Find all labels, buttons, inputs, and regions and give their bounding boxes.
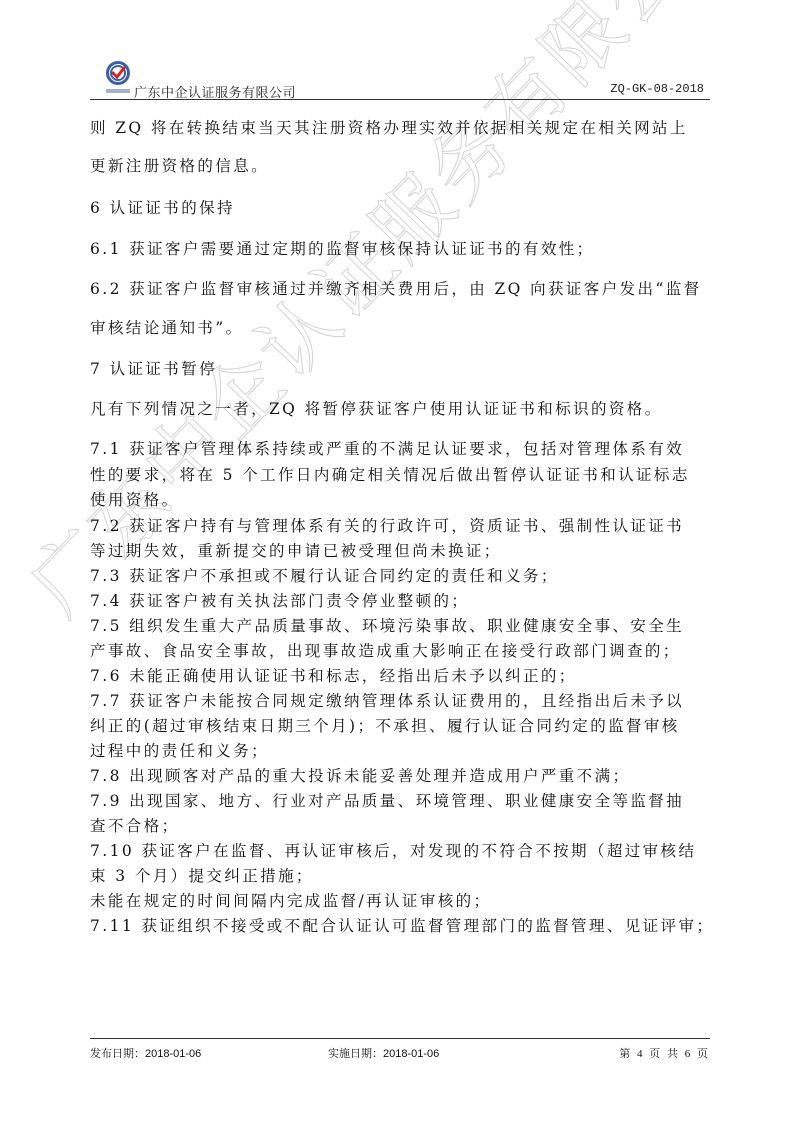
body-line: 产事故、食品安全事故，出现事故造成重大影响正在接受行政部门调查的； <box>90 639 681 661</box>
body-line: 7.5 组织发生重大产品质量事故、环境污染事故、职业健康安全事、安全生 <box>90 614 684 636</box>
section-heading: 7 认证证书暂停 <box>90 357 217 379</box>
body-line: 7.8 出现顾客对产品的重大投诉未能妥善处理并造成用户严重不满； <box>90 764 630 786</box>
header-divider <box>90 99 710 100</box>
body-line: 性的要求，将在 5 个工作日内确定相关情况后做出暂停认证证书和认证标志 <box>90 463 690 485</box>
footer-divider <box>90 1038 710 1039</box>
body-line: 审核结论通知书”。 <box>90 316 244 338</box>
body-line: 6.1 获证客户需要通过定期的监督审核保持认证证书的有效性； <box>90 237 595 259</box>
body-line: 7.4 获证客户被有关执法部门责令停业整顿的； <box>90 589 469 611</box>
body-line: 则 ZQ 将在转换结束当天其注册资格办理实效并依据相关规定在相关网站上 <box>90 116 688 138</box>
body-line: 7.3 获证客户不承担或不履行认证合同约定的责任和义务； <box>90 564 559 586</box>
company-logo-icon <box>104 60 132 96</box>
publish-date: 发布日期：2018-01-06 <box>90 1045 201 1061</box>
body-line: 使用资格。 <box>90 488 180 510</box>
page-number: 第 4 页 共 6 页 <box>619 1045 710 1061</box>
body-line: 7.9 出现国家、地方、行业对产品质量、环境管理、职业健康安全等监督抽 <box>90 789 684 811</box>
body-line: 未能在规定的时间间隔内完成监督/再认证审核的； <box>90 889 491 911</box>
page-header: 广东中企认证服务有限公司 ZQ-GK-08-2018 <box>90 58 710 100</box>
body-line: 凡有下列情况之一者，ZQ 将暂停获证客户使用认证证书和标识的资格。 <box>90 397 663 419</box>
body-line: 7.6 未能正确使用认证证书和标志，经指出后未予以纠正的； <box>90 664 577 686</box>
body-line: 7.11 获证组织不接受或不配合认证认可监督管理部门的监督管理、见证评审； <box>90 914 714 936</box>
body-line: 7.2 获证客户持有与管理体系有关的行政许可，资质证书、强制性认证证书 <box>90 514 684 536</box>
body-line: 7.1 获证客户管理体系持续或严重的不满足认证要求，包括对管理体系有效 <box>90 437 684 459</box>
body-line: 等过期失效，重新提交的申请已被受理但尚未换证； <box>90 539 502 561</box>
document-code: ZQ-GK-08-2018 <box>610 82 704 96</box>
effective-date: 实施日期：2018-01-06 <box>328 1045 439 1061</box>
page-footer: 发布日期：2018-01-06 实施日期：2018-01-06 第 4 页 共 … <box>90 1038 710 1065</box>
body-line: 过程中的责任和义务； <box>90 739 269 761</box>
body-line: 查不合格； <box>90 814 180 836</box>
body-line: 6.2 获证客户监督审核通过并缴齐相关费用后，由 ZQ 向获证客户发出“监督 <box>90 277 702 299</box>
body-line: 更新注册资格的信息。 <box>90 154 269 176</box>
body-line: 束 3 个月）提交纠正措施； <box>90 864 314 886</box>
body-line: 7.10 获证客户在监督、再认证审核后，对发现的不符合不按期（超过审核结 <box>90 839 696 861</box>
body-line: 纠正的(超过审核结束日期三个月)；不承担、履行认证合同约定的监督审核 <box>90 714 680 736</box>
body-line: 7.7 获证客户未能按合同规定缴纳管理体系认证费用的，且经指出后未予以 <box>90 689 684 711</box>
section-heading: 6 认证证书的保持 <box>90 196 235 218</box>
